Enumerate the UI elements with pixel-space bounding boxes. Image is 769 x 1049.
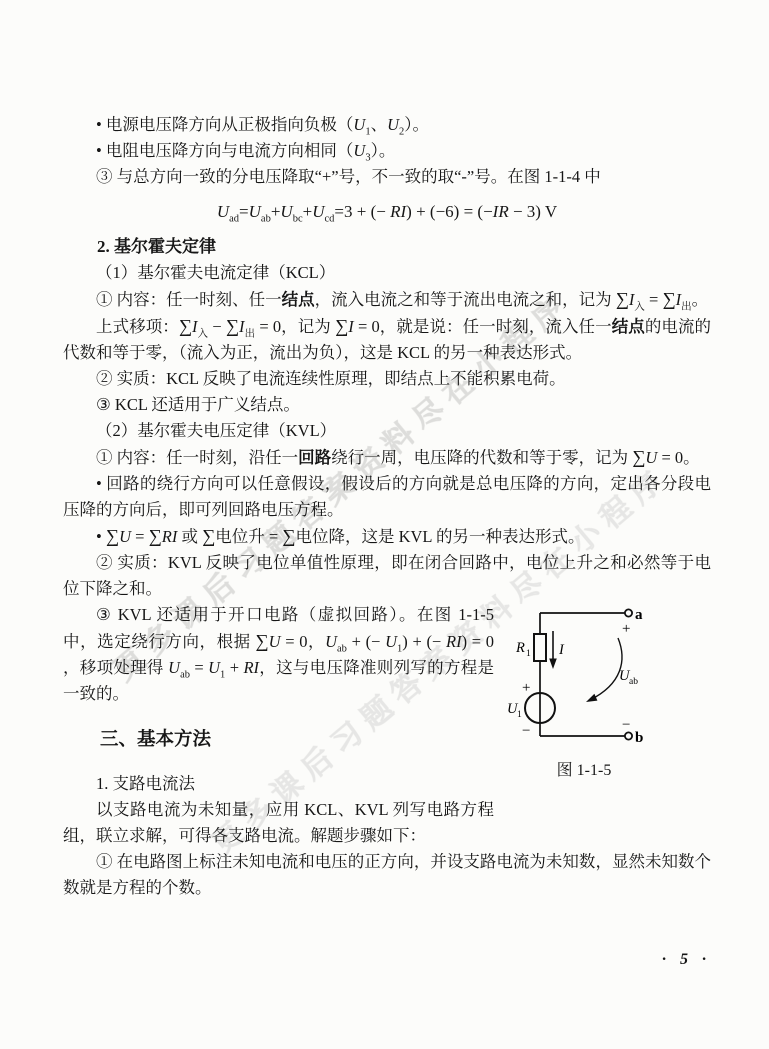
text-run: IR	[493, 202, 509, 221]
text-run: ∑	[202, 526, 215, 546]
text-run: = 0，就是说：任一时刻，流入任一	[354, 317, 612, 336]
bullet-kvl-alt-form: • ∑U = ∑RI 或 ∑电位升 = ∑电位降，这是 KVL 的另一种表达形式…	[63, 523, 711, 550]
text-run: 绕行一周，电压降的代数和等于零，记为	[331, 448, 632, 467]
text-run: ① 内容：任一时刻、任一	[96, 290, 282, 309]
text-run: ∑	[616, 289, 629, 309]
resistor-label: R	[515, 640, 525, 656]
current-label: I	[558, 642, 565, 658]
current-arrow-head	[549, 659, 557, 670]
circuit-diagram: a + R 1 I + U 1 − U ab − b	[506, 598, 706, 748]
resistor-label-sub: 1	[526, 649, 531, 659]
text-run: U	[312, 202, 324, 221]
page-content: • 电源电压降方向从正极指向负极（U1、U2）。 • 电阻电压降方向与电流方向相…	[63, 112, 711, 901]
bullet-source-voltage-direction: • 电源电压降方向从正极指向负极（U1、U2）。	[63, 112, 711, 138]
text-run: = 0，	[281, 632, 326, 651]
text-run: ∑	[149, 526, 162, 546]
figure-caption: 图 1-1-5	[506, 758, 662, 784]
text-run: + (−	[347, 632, 385, 651]
text-run: 。	[692, 290, 709, 309]
text-run: U	[168, 658, 180, 677]
text-run: 出	[245, 328, 256, 339]
text-run: 结点	[612, 317, 645, 336]
figure-1-1-5: a + R 1 I + U 1 − U ab − b 图 1-1-5	[506, 598, 711, 784]
text-run: ∑	[226, 316, 239, 336]
text-run: U	[280, 202, 292, 221]
para-kvl-essence: ② 实质：KVL 反映了电位单值性原理，即在闭合回路中，电位上升之和必然等于电位…	[63, 550, 711, 602]
uab-label-sub: ab	[629, 677, 638, 687]
para-kvl-content: ① 内容：任一时刻，沿任一回路绕行一周，电压降的代数和等于零，记为 ∑U = 0…	[63, 444, 711, 471]
text-run: RI	[243, 658, 259, 677]
text-run: U	[325, 632, 337, 651]
page-number: · 5 ·	[662, 951, 711, 969]
text-run: 入	[634, 301, 645, 312]
text-run: U	[645, 448, 657, 467]
para-kcl-essence: ② 实质：KCL 反映了电流连续性原理，即结点上不能积累电荷。	[63, 366, 711, 392]
text-run: =	[190, 658, 208, 677]
text-run: RI	[162, 527, 178, 546]
text-run: − 3) V	[509, 202, 557, 221]
minus-sign-source: −	[522, 723, 530, 739]
minus-sign-terminal-b: −	[622, 717, 630, 733]
text-run: bc	[293, 213, 303, 224]
text-run: ab	[261, 213, 271, 224]
text-run: U	[353, 141, 365, 160]
text-run: 结点	[282, 290, 315, 309]
heading-kvl: （2）基尔霍夫电压定律（KVL）	[63, 418, 711, 444]
text-run: ∑	[282, 526, 295, 546]
text-run: +	[303, 202, 313, 221]
terminal-a-label: a	[635, 607, 643, 623]
text-run: ∑	[335, 316, 348, 336]
para-branch-current-intro: 以支路电流为未知量，应用 KCL、KVL 列写电路方程组，联立求解，可得各支路电…	[63, 797, 711, 849]
bullet-loop-direction: • 回路的绕行方向可以任意假设，假设后的方向就是总电压降的方向，定出各分段电压降…	[63, 471, 711, 523]
document-page: 更多课后习题答案资料尽在小程序 更多课后习题答案资料尽在小程序 • 电源电压降方…	[0, 0, 769, 1049]
text-run: = 0，记为	[255, 317, 335, 336]
terminal-b-label: b	[635, 730, 643, 746]
text-run: −	[208, 317, 226, 336]
text-run: U	[353, 115, 365, 134]
text-run: = 0。	[657, 448, 699, 467]
text-run: ∑	[632, 447, 645, 467]
text-run: ∑	[179, 316, 192, 336]
text-run: • 电源电压降方向从正极指向负极（	[96, 115, 353, 134]
text-run: ，流入电流之和等于流出电流之和，记为	[315, 290, 616, 309]
text-run: 或	[177, 527, 202, 546]
text-run: U	[387, 115, 399, 134]
text-run: 入	[198, 328, 209, 339]
terminal-b-node	[625, 732, 632, 739]
plus-sign-terminal-a: +	[622, 621, 630, 637]
bullet-resistor-voltage-direction: • 电阻电压降方向与电流方向相同（U3）。	[63, 138, 711, 164]
para-kcl-content: ① 内容：任一时刻、任一结点，流入电流之和等于流出电流之和，记为 ∑I入 = ∑…	[63, 286, 711, 313]
text-run: U	[385, 632, 397, 651]
text-run: 、	[371, 115, 388, 134]
text-run: ab	[180, 669, 190, 680]
terminal-a-node	[625, 609, 632, 616]
text-run: 回路	[298, 448, 331, 467]
text-run: ab	[337, 643, 347, 654]
text-run: 上式移项：	[96, 317, 179, 336]
uab-arrow-curve	[590, 638, 622, 700]
text-run: ）。	[404, 115, 429, 134]
para-sign-rule: ③ 与总方向一致的分电压降取“+”号，不一致的取“-”号。在图 1-1-4 中	[63, 164, 711, 190]
text-run: U	[249, 202, 261, 221]
text-run: cd	[325, 213, 335, 224]
para-kcl-rearranged: 上式移项：∑I入 − ∑I出 = 0，记为 ∑I = 0，就是说：任一时刻，流入…	[63, 313, 711, 366]
plus-sign-source: +	[522, 680, 530, 696]
heading-kirchhoff-laws: 2. 基尔霍夫定律	[63, 234, 711, 260]
para-kcl-generalized-node: ③ KCL 还适用于广义结点。	[63, 392, 711, 418]
text-run: •	[96, 527, 106, 546]
text-run: U	[269, 632, 281, 651]
para-step-one: ① 在电路图上标注未知电流和电压的正方向，并设支路电流为未知数，显然未知数个数就…	[63, 849, 711, 901]
text-run: U	[119, 527, 131, 546]
text-run: ∑	[662, 289, 675, 309]
text-run: U	[208, 658, 220, 677]
text-run: +	[225, 658, 243, 677]
text-run: ① 内容：任一时刻，沿任一	[96, 448, 298, 467]
source-label-sub: 1	[517, 710, 522, 720]
text-run: =	[645, 290, 663, 309]
text-run: =3 + (−	[334, 202, 390, 221]
text-run: RI	[390, 202, 406, 221]
text-run: • 电阻电压降方向与电流方向相同（	[96, 141, 353, 160]
text-run: ) + (−	[402, 632, 446, 651]
uab-arrow-head	[586, 694, 597, 702]
text-run: ) + (−6) = (−	[406, 202, 493, 221]
resistor-symbol	[534, 634, 546, 661]
text-run: U	[217, 202, 229, 221]
text-run: ∑	[255, 631, 268, 651]
text-run: ad	[229, 213, 239, 224]
text-run: 电位升 =	[215, 527, 282, 546]
text-run: =	[131, 527, 149, 546]
text-run: =	[239, 202, 249, 221]
formula-voltage-sum: Uad=Uab+Ubc+Ucd=3 + (− RI) + (−6) = (−IR…	[63, 199, 711, 225]
text-run: 出	[681, 301, 692, 312]
text-run: ∑	[106, 526, 119, 546]
text-run: RI	[446, 632, 462, 651]
text-run: ）。	[371, 141, 396, 160]
text-run: +	[271, 202, 281, 221]
heading-kcl: （1）基尔霍夫电流定律（KCL）	[63, 260, 711, 286]
text-run: 电位降，这是 KVL 的另一种表达形式。	[295, 527, 584, 546]
